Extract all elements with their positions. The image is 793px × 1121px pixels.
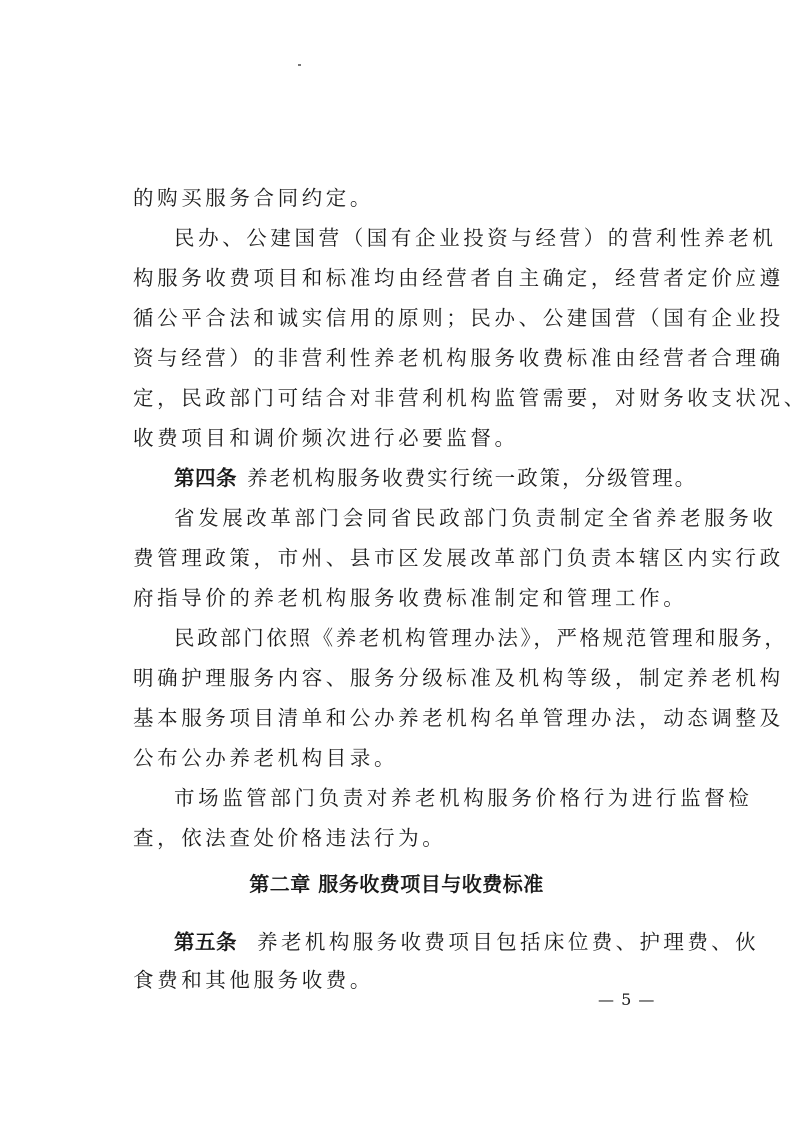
paragraph-line: 收费项目和调价频次进行必要监督。 bbox=[133, 428, 519, 449]
paragraph-line: 食费和其他服务收费。 bbox=[133, 970, 374, 991]
paragraph-line: 民政部门依照《养老机构管理办法》，严格规范管理和服务， bbox=[174, 628, 787, 649]
article-text: 养老机构服务收费项目包括床位费、护理费、伙 bbox=[257, 930, 759, 954]
article-5-line: 第五条 养老机构服务收费项目包括床位费、护理费、伙 bbox=[174, 932, 759, 953]
paragraph-line: 省发展改革部门会同省民政部门负责制定全省养老服务收 bbox=[174, 508, 777, 529]
paragraph-line: 公布公办养老机构目录。 bbox=[133, 748, 398, 769]
article-4-line: 第四条 养老机构服务收费实行统一政策，分级管理。 bbox=[174, 468, 697, 489]
paragraph-line: 费管理政策，市州、县市区发展改革部门负责本辖区内实行政 bbox=[133, 548, 784, 569]
paragraph-line: 基本服务项目清单和公办养老机构名单管理办法，动态调整及 bbox=[133, 708, 784, 729]
article-text: 养老机构服务收费实行统一政策，分级管理。 bbox=[247, 466, 697, 490]
paragraph-line: 资与经营）的非营利性养老机构服务收费标准由经营者合理确 bbox=[133, 348, 784, 369]
paragraph-line: 明确护理服务内容、服务分级标准及机构等级，制定养老机构 bbox=[133, 668, 784, 689]
scan-mark bbox=[298, 64, 301, 66]
article-label: 第四条 bbox=[174, 466, 237, 490]
chapter-heading: 第二章 服务收费项目与收费标准 bbox=[0, 868, 793, 897]
paragraph-line: 查，依法查处价格违法行为。 bbox=[133, 828, 446, 849]
paragraph-line: 民办、公建国营（国有企业投资与经营）的营利性养老机 bbox=[174, 228, 777, 249]
paragraph-line: 循公平合法和诚实信用的原则；民办、公建国营（国有企业投 bbox=[133, 308, 784, 329]
article-label: 第五条 bbox=[174, 930, 237, 954]
paragraph-line: 定，民政部门可结合对非营利机构监管需要，对财务收支状况、 bbox=[133, 388, 793, 409]
page-number: — 5 — bbox=[598, 990, 655, 1009]
paragraph-line: 的购买服务合同约定。 bbox=[133, 188, 374, 209]
paragraph-line: 构服务收费项目和标准均由经营者自主确定，经营者定价应遵 bbox=[133, 268, 784, 289]
paragraph-line: 府指导价的养老机构服务收费标准制定和管理工作。 bbox=[133, 588, 687, 609]
paragraph-line: 市场监管部门负责对养老机构服务价格行为进行监督检 bbox=[174, 788, 752, 809]
